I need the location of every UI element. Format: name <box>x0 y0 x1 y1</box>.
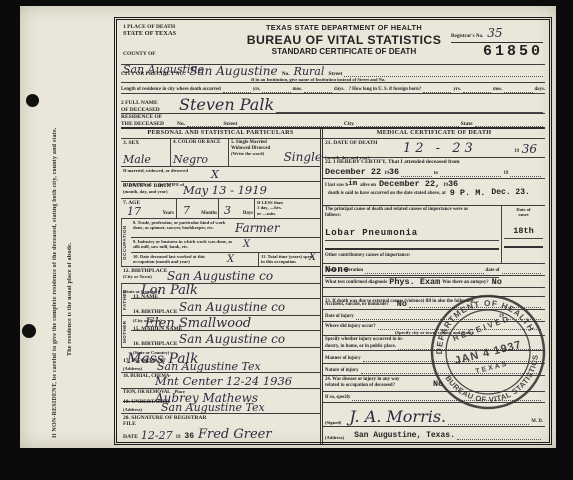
dept-title: TEXAS STATE DEPARTMENT OF HEALTH <box>241 24 447 33</box>
residence-length-row: Length of residence in city where death … <box>121 83 545 94</box>
mother-name-value: Elen Smallwood <box>145 317 251 330</box>
scanned-death-certificate: If NON-RESIDENT, be careful to give the … <box>0 0 573 480</box>
occupation-side-label: OCCUPATION <box>121 219 131 266</box>
left-section-title: PERSONAL AND STATISTICAL PARTICULARS <box>121 129 323 138</box>
occupation-related-row: 24. Was disease or injury in any way rel… <box>323 376 545 392</box>
spouse-row: If married, widowed, or divorced HUSBAND… <box>121 167 320 182</box>
physician-address-row: (Address) San Augustine, Texas. <box>323 427 545 441</box>
cert-title: STANDARD CERTIFICATE OF DEATH <box>241 47 447 57</box>
undertaker-row: 19. UNDERTAKER Aubrey Mathews (Address) … <box>121 389 320 414</box>
trade-label: 8. Trade, profession, or particular kind… <box>133 220 229 231</box>
operation-row: Name of operation date of <box>323 264 545 276</box>
place-of-death-block: 1 PLACE OF DEATH STATE OF TEXAS COUNTY O… <box>121 23 239 64</box>
state-of-texas-label: STATE OF TEXAS <box>123 30 237 38</box>
age-days-value: 3 <box>224 205 231 216</box>
county-label: COUNTY OF <box>123 51 156 57</box>
city-precinct-label: CITY OR PRECINCT NO. <box>121 71 185 77</box>
race-label: 4. COLOR OR RACE <box>173 140 226 146</box>
registrar-no-label: Registrar's No. <box>451 34 483 39</box>
res-city-label: City <box>344 121 354 127</box>
injury-manner-row: Manner of injury <box>323 351 545 364</box>
registrar-no-value: 35 <box>487 26 502 40</box>
father-block: FATHER 13. NAME Lon Palk 14. BIRTHPLACE … <box>121 284 320 316</box>
date-of-death-value: 12 - 23 <box>403 142 477 155</box>
autopsy-value: No <box>492 278 502 287</box>
physician-signature: J. A. Morris. <box>349 409 446 425</box>
signed-row: (Signed) J. A. Morris. M. D. <box>323 403 545 427</box>
mother-birthplace-label: 16. BIRTHPLACE <box>133 341 177 347</box>
margin-note-abode: The residence is the usual place of abod… <box>67 116 73 356</box>
dod-year-value: 36 <box>522 143 537 155</box>
foreign-born-label: ? How long in U. S. if foreign born? <box>349 87 422 93</box>
cause-value: Lobar Pneumonia <box>325 228 418 238</box>
informant-address-value: San Augustine Tex <box>157 361 261 372</box>
injury-manner-label: Manner of injury <box>325 356 361 362</box>
personal-column: 3. SEX Male 4. COLOR OR RACE Negro 5. Si… <box>121 139 323 444</box>
operation-label: Name of operation <box>325 268 363 274</box>
less-than-label-3: or ....min. <box>257 211 318 216</box>
external-causes-row: 23. If death was due to external causes … <box>323 288 545 297</box>
father-birthplace-value: San Augustine co <box>179 301 285 313</box>
hole-punch-bottom <box>22 324 36 338</box>
injury-nature-row: Nature of injury <box>323 364 545 376</box>
test-label: What test confirmed diagnosis <box>325 280 387 286</box>
last-worked-value: X <box>227 255 234 265</box>
father-side-label: FATHER <box>121 284 131 315</box>
age-days-label: Days <box>243 211 253 217</box>
father-name-value: Lon Palk <box>141 284 198 297</box>
months-label: Months <box>201 211 217 217</box>
birth-date-value: May 13 - 1919 <box>183 185 267 197</box>
city-precinct-row: CITY OR PRECINCT NO. San Augustine No. R… <box>121 65 545 83</box>
burial-row: 18. BURIAL, CREMA- TION, OR REMOVAL Plac… <box>121 373 320 389</box>
fullname-label-2: OF DECEASED <box>121 107 173 113</box>
if-so-specify-row: If so, specify <box>323 392 545 403</box>
accident-value: No <box>397 300 407 309</box>
test-value: Phys. Exam <box>389 278 440 287</box>
trade-value: Farmer <box>235 222 280 234</box>
last-saw-row: I last saw h im alive on December 22, 19… <box>323 179 545 206</box>
age-months-value: 7 <box>183 205 190 216</box>
undertaker-address-label: (Address) <box>123 407 142 412</box>
date-of-death-row: 21. DATE OF DEATH (month, day, and year)… <box>323 139 545 158</box>
burial-value: Mnt Center 12-24 1936 <box>155 376 292 388</box>
test-autopsy-row: What test confirmed diagnosis Phys. Exam… <box>323 276 545 288</box>
occupation-related-value: No <box>433 380 443 389</box>
attended-from-value: December 22 <box>325 168 381 177</box>
sex-race-marital-row: 3. SEX Male 4. COLOR OR RACE Negro 5. Si… <box>121 139 320 167</box>
accident-row: Accident, suicide, or homicide? No <box>323 297 545 310</box>
physician-address-label: (Address) <box>325 435 344 440</box>
full-name-row: 2 FULL NAME OF DECEASED Steven Palk <box>121 94 545 114</box>
days-label-2: days. <box>535 87 546 93</box>
cause-of-death-block: The principal cause of death and related… <box>323 206 545 264</box>
last-saw-label-2: alive on <box>360 183 376 189</box>
title-block: TEXAS STATE DEPARTMENT OF HEALTH BUREAU … <box>239 23 449 64</box>
last-saw-label-1: I last saw h <box>325 183 348 189</box>
industry-label: 9. Industry or business in which work wa… <box>133 239 233 250</box>
marital-value: Single <box>284 151 322 163</box>
autopsy-label: Was there an autopsy? <box>442 280 488 286</box>
residence-length-label: Length of residence in city where death … <box>121 87 221 93</box>
sex-label: 3. SEX <box>123 140 168 146</box>
informant-row: 17. INFORMANT Mass Palk (Address) San Au… <box>121 348 320 373</box>
if-so-specify-label: If so, specify <box>325 395 350 401</box>
certificate-form: 1 PLACE OF DEATH STATE OF TEXAS COUNTY O… <box>116 19 550 443</box>
injury-where-note: (Specify city or town, county, and State… <box>325 330 543 335</box>
mos-label: mos. <box>293 87 302 93</box>
dod-year-printed: 19 <box>514 149 519 155</box>
injury-specify-row: Specify whether injury occurred in in- d… <box>323 336 545 351</box>
last-saw-date: December 22, <box>379 180 440 189</box>
onset-value: 18th <box>513 226 533 236</box>
mother-birthplace-value: San Augustine co <box>179 333 285 345</box>
injury-where-row: Where did injury occur? (Specify city or… <box>323 322 545 336</box>
form-columns: 3. SEX Male 4. COLOR OR RACE Negro 5. Si… <box>121 139 545 444</box>
injury-specify-label-2: dustry, in home, or in public place. <box>325 344 396 350</box>
injury-where-label: Where did injury occur? <box>325 324 376 330</box>
mother-side-label: MOTHER <box>121 316 131 347</box>
hole-punch-top <box>26 94 39 107</box>
mother-block: MOTHER 15. MAIDEN NAME Elen Smallwood 16… <box>121 316 320 348</box>
city-value: San Augustine <box>189 65 277 77</box>
last-worked-label: 10. Date deceased last worked at this oc… <box>133 254 219 265</box>
age-row: 7. AGE 17 Years 7 Months 3 Days <box>121 199 320 219</box>
residence-label-2: THE DECEASED <box>121 121 177 127</box>
date-of-operation-label: date of <box>486 268 500 274</box>
residence-row: RESIDENCE OF THE DECEASED No. Street Cit… <box>121 114 545 129</box>
total-time-value: X <box>309 253 316 263</box>
certificate-paper: If NON-RESIDENT, be careful to give the … <box>20 6 556 448</box>
attended-year-value: 36 <box>389 168 399 177</box>
years-label: Years <box>163 211 174 217</box>
file-date-value: 12-27 <box>141 430 173 441</box>
certify-label: 22. I HEREBY CERTIFY, That I attended de… <box>325 159 543 165</box>
registrar-signature-value: Fred Greer <box>198 428 272 441</box>
injury-date-row: Date of injury 19 <box>323 310 545 322</box>
file-year-value: 36 <box>184 433 194 441</box>
undertaker-address-value: San Augustine Tex <box>161 402 265 413</box>
institution-note: If in an Institution, give name of Insti… <box>251 77 385 82</box>
medical-column: 21. DATE OF DEATH (month, day, and year)… <box>323 139 545 444</box>
onset-label-2: onset <box>504 212 543 217</box>
race-value: Negro <box>173 154 208 165</box>
deceased-name-value: Steven Palk <box>179 97 274 113</box>
birthplace-value: San Augustine co <box>167 270 273 282</box>
bureau-title: BUREAU OF VITAL STATISTICS <box>241 33 447 48</box>
precinct-no-value: Rural <box>294 66 325 77</box>
death-time-value: 9 P. M. <box>450 189 486 198</box>
days-label: days. <box>334 87 345 93</box>
right-section-title: MEDICAL CERTIFICATE OF DEATH <box>323 129 545 138</box>
mos-label-2: mos. <box>493 87 502 93</box>
registrar-no-block: Registrar's No. 35 61850 <box>449 23 545 64</box>
yrs-label-2: yrs. <box>453 87 461 93</box>
file-date-label: DATE <box>123 434 138 440</box>
accident-label: Accident, suicide, or homicide? <box>325 302 389 308</box>
registrar-signature-row: 20. SIGNATURE OF REGISTRAR FILE DATE 12-… <box>121 414 320 444</box>
injury-date-label: Date of injury <box>325 314 354 320</box>
birth-date-row: 6. DATE OF BIRTH (month, day, and year) … <box>121 182 320 199</box>
principal-cause-label: The principal cause of death and related… <box>325 207 475 218</box>
file-year-printed: 19 <box>176 435 181 441</box>
res-no-label: No. <box>177 121 185 127</box>
certificate-number: 61850 <box>451 42 543 59</box>
father-birthplace-label: 14. BIRTHPLACE <box>133 309 177 315</box>
spouse-label-1: If married, widowed, or divorced <box>123 168 318 173</box>
him-typed: im <box>348 181 357 189</box>
res-state-label: State <box>461 121 473 127</box>
certify-to-label: to <box>434 171 438 177</box>
occupation-block: OCCUPATION 8. Trade, profession, or part… <box>121 219 320 267</box>
informant-address-label: (Address) <box>123 366 142 371</box>
certify-row: 22. I HEREBY CERTIFY, That I attended de… <box>323 158 545 179</box>
death-time-extra: Dec. 23. <box>491 189 529 197</box>
to-year-printed: 19 <box>503 171 508 177</box>
res-street-label: Street <box>223 121 237 127</box>
industry-value: X <box>243 240 250 250</box>
yrs-label: yrs. <box>253 87 261 93</box>
injury-nature-label: Nature of injury <box>325 368 359 374</box>
last-saw-label-3: death is said to have occurred on the da… <box>328 191 446 197</box>
spouse-value: X <box>211 169 219 180</box>
birthplace-row: 12. BIRTHPLACE (City or Town) (State or … <box>121 267 320 284</box>
margin-note-nonresident: If NON-RESIDENT, be careful to give the … <box>52 18 58 438</box>
section-title-row: PERSONAL AND STATISTICAL PARTICULARS MED… <box>121 129 545 139</box>
physician-address-value: San Augustine, Texas. <box>354 432 455 440</box>
form-header: 1 PLACE OF DEATH STATE OF TEXAS COUNTY O… <box>121 23 545 65</box>
sex-value: Male <box>123 154 151 165</box>
injury-year-printed: 19 <box>499 314 504 320</box>
signed-label: (Signed) <box>325 420 341 425</box>
age-years-value: 17 <box>127 206 141 217</box>
md-label: M. D. <box>531 419 543 425</box>
